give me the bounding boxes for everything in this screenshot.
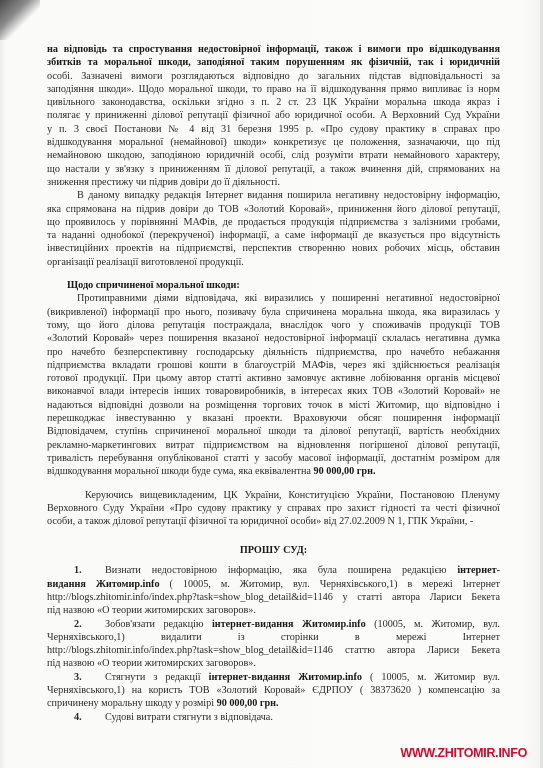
paragraph-legal-basis: Керуючись вищевикладеним, ЦК України, Ко…: [47, 489, 500, 529]
text-line: полягає у приниженні ділової репутації ф…: [47, 109, 500, 122]
text-line: виконавчої влади інтересів інших товаров…: [47, 385, 500, 398]
request-heading: ПРОШУ СУД:: [47, 544, 500, 558]
text-line: рекламно-маркетингових витрат підприємст…: [47, 439, 500, 452]
text-span: відшкодування моральної шкоди буде сума,…: [47, 466, 313, 477]
article-url-line: http://blogs.zhitomir.info/index.php?tas…: [47, 644, 500, 657]
text-line: перешкоджає інвестуванню у вказані проек…: [47, 412, 500, 425]
text-span: ( 10005, м. Житомир, вул. Черняхівського…: [160, 579, 500, 590]
request-item-1: 1.Визнати недостовірною інформацію, яка …: [47, 564, 500, 617]
text-span: Визнати недостовірною інформацію, яка бу…: [105, 565, 457, 576]
article-url-line: http://blogs.zhitomir.info/index.php?tas…: [47, 591, 500, 604]
section-heading: Щодо спричиненої моральної шкоди:: [47, 279, 500, 292]
text-line: відшкодування моральної (немайнової) шко…: [47, 136, 500, 149]
text-line: Відповідачем, ступінь спричиненої мораль…: [47, 425, 500, 438]
text-line: цивільного законодавства, оскільки згідн…: [47, 96, 500, 109]
text-span: Судові витрати стягнути з відповідача.: [105, 712, 273, 723]
text-span: спричинену моральну шкоду у розмірі: [47, 698, 217, 709]
text-line: що проявилось у порівнянні МАФів, де про…: [47, 216, 500, 229]
text-line: видання Житомир.info ( 10005, м. Житомир…: [47, 578, 500, 591]
text-line: організації реалізації виготовленої прод…: [47, 256, 500, 269]
text-line: підприємства вкладати грошові кошти в бл…: [47, 359, 500, 372]
paragraph-case: В даному випадку редакція Інтернет видан…: [47, 189, 500, 269]
request-item-4: 4.Судові витрати стягнути з відповідача.: [47, 711, 500, 724]
text-line: тому, що його ділова репутація постражда…: [47, 319, 500, 332]
text-line: надаються відповідні дозволи на розміщен…: [47, 399, 500, 412]
text-span: Стягнути з редакції: [105, 672, 209, 683]
item-number: 4.: [47, 711, 105, 724]
text-line: 4.Судові витрати стягнути з відповідача.: [47, 711, 500, 724]
text-line: Протиправними діями відповідача, які вир…: [47, 292, 500, 305]
text-span: ( 10005, м. Житомир вул.: [362, 672, 500, 683]
publication-name: інтернет-видання Житомир.info: [209, 672, 362, 683]
request-item-3: 3.Стягнути з редакції інтернет-видання Ж…: [47, 671, 500, 711]
text-line: збитків та моральної шкоди, заподіяної т…: [47, 56, 500, 69]
text-line: особі. Зазначені вимоги розглядаються ві…: [47, 70, 500, 83]
text-line: на відповідь та спростування недостовірн…: [47, 43, 500, 56]
text-line: 2.Зобов'язати редакцію інтернет-видання …: [47, 618, 500, 631]
request-item-2: 2.Зобов'язати редакцію інтернет-видання …: [47, 618, 500, 671]
text-line: «Золотий Коровай» через поширення вказан…: [47, 332, 500, 345]
item-number: 1.: [47, 564, 105, 577]
text-line: що настали у зв'язку з приниженням її ді…: [47, 163, 500, 176]
publication-name: інтернет-: [457, 565, 500, 576]
text-line: Черняхівського,1) видалити із сторінки в…: [47, 631, 500, 644]
text-line: під назвою «О теории житомирских заговор…: [47, 657, 500, 670]
text-line: 1.Визнати недостовірною інформацію, яка …: [47, 564, 500, 577]
text-line: Черняхівського,1) на користь ТОВ «Золоти…: [47, 684, 500, 697]
document-body: на відповідь та спростування недостовірн…: [47, 43, 500, 724]
publication-name: видання Житомир.info: [47, 579, 160, 590]
paragraph-liability: на відповідь та спростування недостовірн…: [47, 43, 500, 189]
text-line: інвестиційних проектів на підприємстві, …: [47, 242, 500, 255]
text-line: Керуючись вищевикладеним, ЦК України, Ко…: [47, 489, 500, 502]
text-span: (10005, м. Житомир, вул.: [366, 619, 500, 630]
damage-amount: 90 000,00 грн.: [313, 466, 375, 477]
text-line: особи, а також ділової репутації фізично…: [47, 515, 500, 528]
text-line: та наданні однобокої (перекрученої) інфо…: [47, 229, 500, 242]
text-line: готової продукції. При цьому автор статт…: [47, 372, 500, 385]
compensation-amount: 90 000,00 грн.: [217, 698, 279, 709]
site-watermark: WWW.ZHITOMIR.INFO: [400, 746, 527, 760]
text-line: заподіяння шкоди». Щодо моральної шкоди,…: [47, 83, 500, 96]
publication-name: інтернет-видання Житомир.info: [212, 619, 366, 630]
text-line: Верховного Суду України «Про судову прак…: [47, 502, 500, 515]
text-line: зниження престижу чи підрив довіри до її…: [47, 176, 500, 189]
text-line: про начебто безперспективну господарську…: [47, 346, 500, 359]
text-span: Зобов'язати редакцію: [105, 619, 212, 630]
scan-corner-shadow: [0, 0, 40, 40]
text-line: (викривленої) інформації про нього, пози…: [47, 306, 500, 319]
text-line: відшкодування моральної шкоди буде сума,…: [47, 465, 500, 478]
text-line: спричинену моральну шкоду у розмірі 90 0…: [47, 697, 500, 710]
text-line: під назвою «О теории житомирских заговор…: [47, 604, 500, 617]
text-line: у п. 3 своєї Постанови № 4 від 31 березн…: [47, 123, 500, 136]
request-list: 1.Визнати недостовірною інформацію, яка …: [47, 564, 500, 724]
section-moral-damage: Щодо спричиненої моральної шкоди: Протип…: [47, 279, 500, 478]
scanned-page: на відповідь та спростування недостовірн…: [0, 0, 543, 768]
text-line: В даному випадку редакція Інтернет видан…: [47, 189, 500, 202]
text-line: тривалість перебування опублікованої ста…: [47, 452, 500, 465]
text-line: яка спрямована на підрив довіри до ТОВ «…: [47, 203, 500, 216]
item-number: 3.: [47, 671, 105, 684]
text-line: 3.Стягнути з редакції інтернет-видання Ж…: [47, 671, 500, 684]
item-number: 2.: [47, 618, 105, 631]
text-line: немайновою шкодою, заподіяною юридичній …: [47, 149, 500, 162]
